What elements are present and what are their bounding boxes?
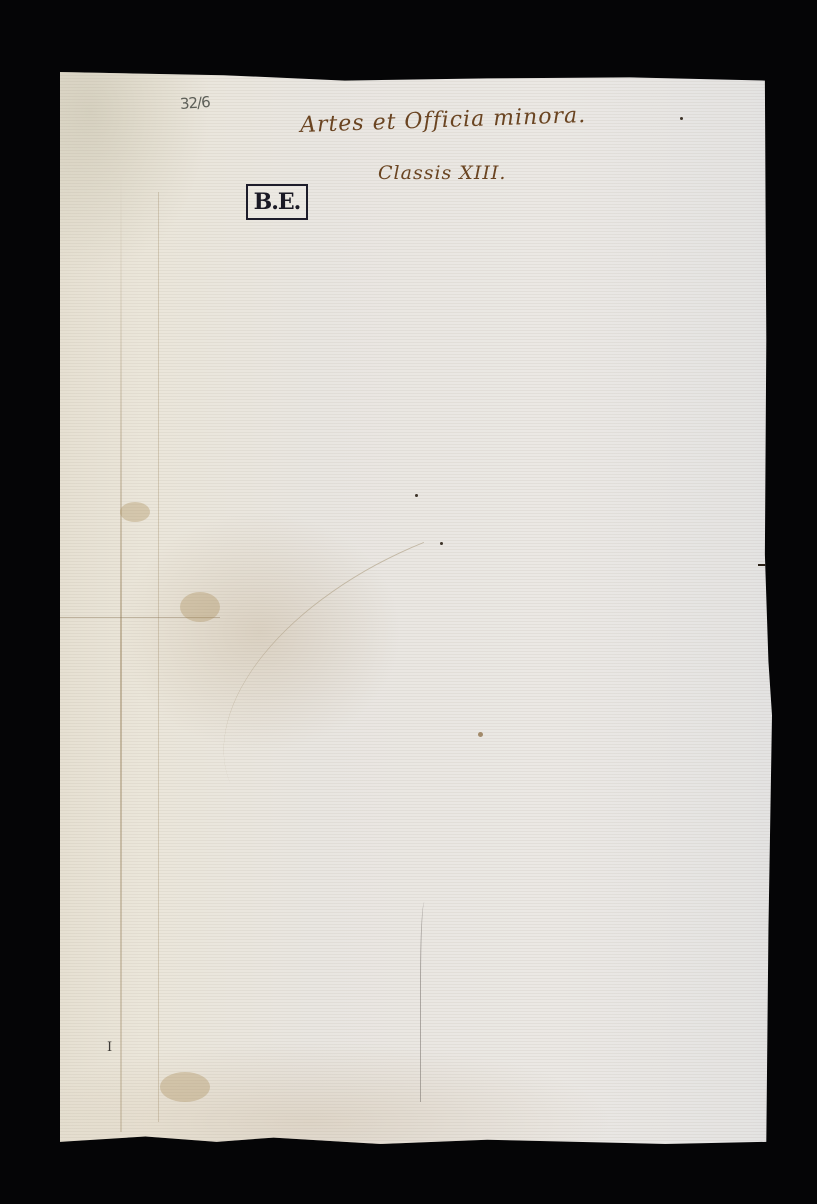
- handwritten-class-label: Classis XIII.: [378, 162, 506, 184]
- paper-crease: [173, 542, 480, 783]
- foxing-stain: [120, 502, 150, 522]
- paper-leaf: 32/6 Artes et Officia minora. Classis XI…: [60, 72, 772, 1144]
- ink-speck: [415, 494, 418, 497]
- handwritten-title: Artes et Officia minora.: [300, 103, 587, 138]
- scan-background: 32/6 Artes et Officia minora. Classis XI…: [0, 0, 817, 1204]
- ink-speck: [478, 732, 483, 737]
- edge-mark: [758, 564, 768, 566]
- shelfmark-pencil: 32/6: [179, 93, 210, 113]
- vertical-fold-line: [120, 172, 122, 1132]
- folio-mark: I: [107, 1040, 112, 1055]
- foxing-stain: [160, 1072, 210, 1102]
- paper-tear: [420, 902, 431, 1102]
- ink-speck: [440, 542, 443, 545]
- ink-speck: [680, 117, 683, 120]
- collection-stamp: B.E.: [246, 184, 308, 220]
- stamp-text: B.E.: [254, 189, 301, 215]
- vertical-fold-line-secondary: [158, 192, 159, 1122]
- foxing-stain: [180, 592, 220, 622]
